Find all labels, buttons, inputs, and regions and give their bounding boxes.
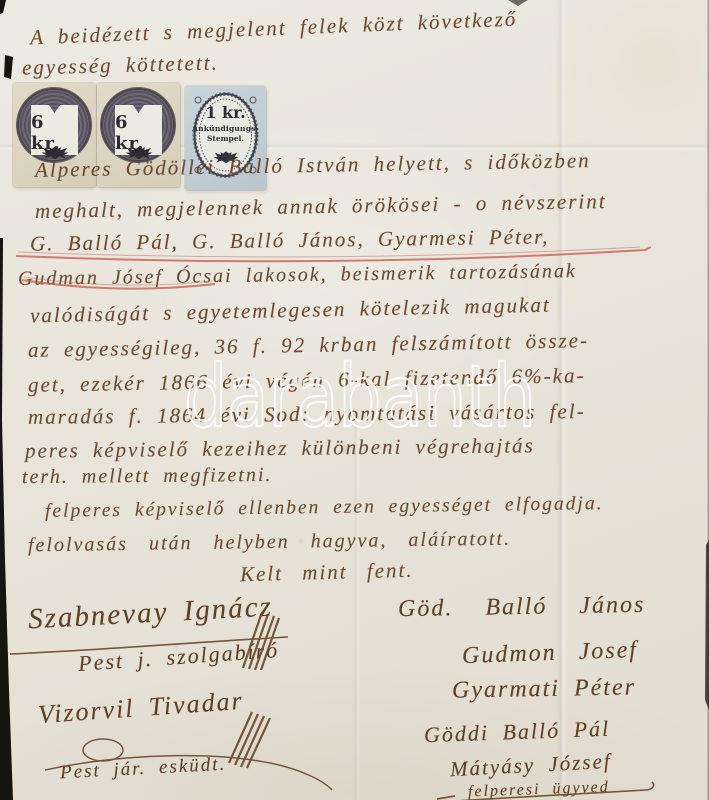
- handwritten-line-15: Kelt mint fent.: [240, 558, 414, 588]
- handwritten-line-11: peres képviselő kezeihez különbeni végre…: [25, 433, 535, 463]
- signature-right-1: Göd. Balló János: [398, 592, 646, 623]
- handwritten-line-12: terh. mellett megfizetni.: [22, 464, 273, 489]
- stamp-value: 1 kr.: [185, 103, 266, 122]
- handwritten-line-2: egyesség köttetett.: [22, 50, 219, 80]
- signature-right-role: felperesi ügyved: [468, 779, 610, 800]
- stamp-subtitle-line2: Stempel.: [185, 134, 266, 143]
- signature-right-3: Gyarmati Péter: [452, 674, 636, 704]
- stamp-subtitle-line1: Ankündigungs-: [185, 124, 266, 133]
